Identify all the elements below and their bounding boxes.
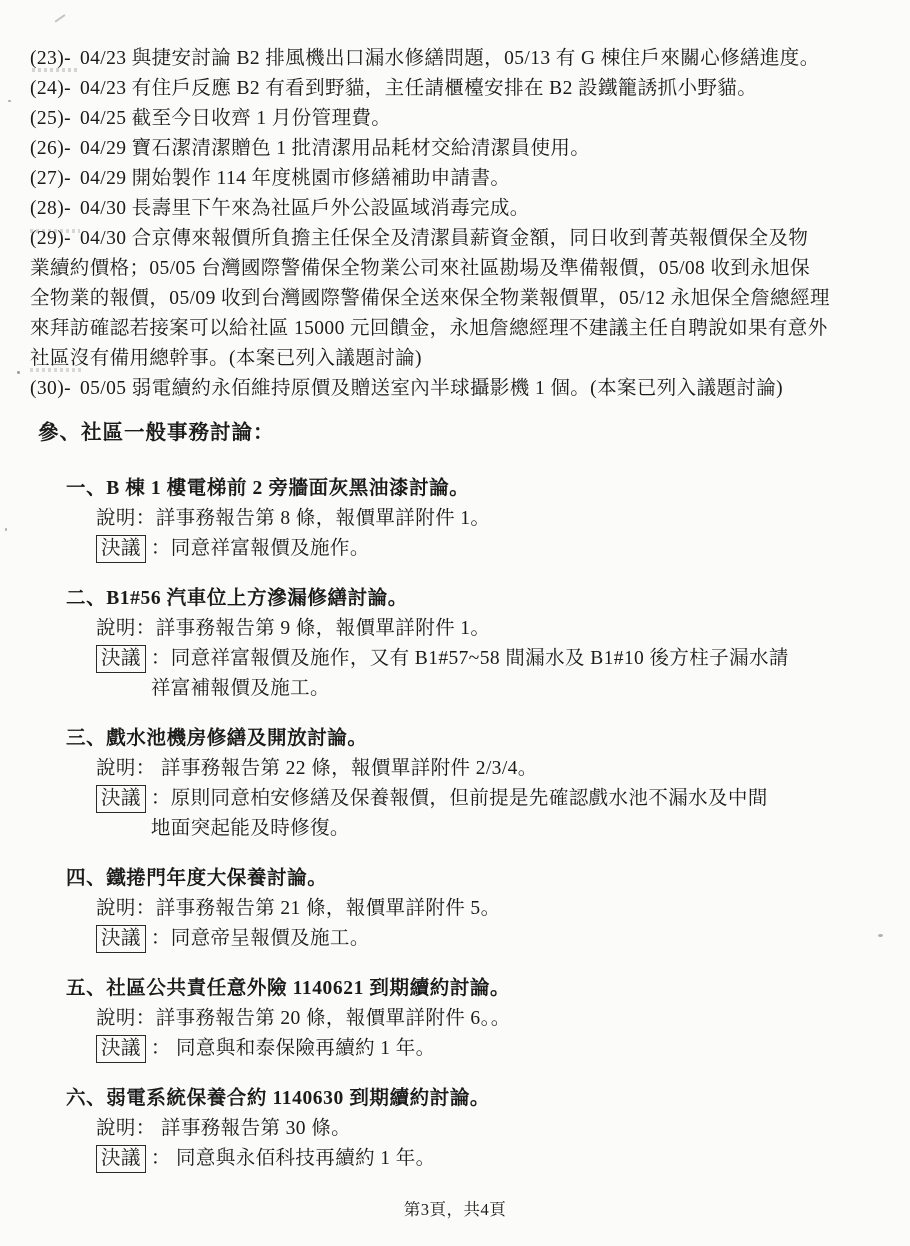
resolution-box-label: 決議 [96,645,146,673]
report-item-number: (25)- [30,108,71,129]
report-item: (28)-04/30 長壽里下午來為社區戶外公設區域消毒完成。 [30,194,862,224]
report-item-text: 05/05 弱電續約永佰維持原價及贈送室內半球攝影機 1 個。(本案已列入議題討… [80,378,783,399]
topic-resolution-line: 決議 ：同意祥富報價及施作。 [96,534,862,564]
topic-explanation: 說明： 詳事務報告第 30 條。 [96,1114,862,1144]
report-item-number: (30)- [30,378,71,399]
report-item: (24)-04/23 有住戶反應 B2 有看到野貓，主任請櫃檯安排在 B2 設鐵… [30,74,862,104]
topic-explanation: 說明：詳事務報告第 9 條，報價單詳附件 1。 [96,614,862,644]
discussion-topic: 四、鐵捲門年度大保養討論。 說明：詳事務報告第 21 條，報價單詳附件 5。 決… [66,864,862,954]
discussion-topic: 五、社區公共責任意外險 1140621 到期續約討論。 說明：詳事務報告第 20… [66,974,862,1064]
document-content: (23)-04/23 與捷安討論 B2 排風機出口漏水修繕問題，05/13 有 … [0,0,910,1194]
report-item-text: 04/23 有住戶反應 B2 有看到野貓，主任請櫃檯安排在 B2 設鐵籠誘抓小野… [80,78,757,99]
discussion-topic: 一、B 棟 1 樓電梯前 2 旁牆面灰黑油漆討論。 說明：詳事務報告第 8 條，… [66,474,862,564]
report-item-number: (26)- [30,138,71,159]
discussion-topic: 三、戲水池機房修繕及開放討論。 說明： 詳事務報告第 22 條，報價單詳附件 2… [66,724,862,844]
topic-resolution-line: 決議 ：同意祥富報價及施作，又有 B1#57~58 間漏水及 B1#10 後方柱… [96,644,862,704]
resolution-box-label: 決議 [96,535,146,563]
resolution-text: ：同意祥富報價及施作。 [151,534,862,564]
topic-explanation: 說明：詳事務報告第 8 條，報價單詳附件 1。 [96,504,862,534]
discussion-topic: 六、弱電系統保養合約 1140630 到期續約討論。 說明： 詳事務報告第 30… [66,1084,862,1174]
resolution-text: ：同意帝呈報價及施工。 [151,924,862,954]
resolution-text: ： 同意與和泰保險再續約 1 年。 [151,1034,862,1064]
report-item: (30)-05/05 弱電續約永佰維持原價及贈送室內半球攝影機 1 個。(本案已… [30,374,862,404]
report-item-number: (23)- [30,48,71,69]
topic-title: 四、鐵捲門年度大保養討論。 [66,864,862,894]
report-item-number: (27)- [30,168,71,189]
resolution-box-label: 決議 [96,785,146,813]
section-heading: 參、社區一般事務討論： [38,418,862,448]
report-item-text: 04/29 寶石潔清潔贈色 1 批清潔用品耗材交給清潔員使用。 [80,138,590,159]
report-item-number: (24)- [30,78,71,99]
topic-resolution-line: 決議 ： 同意與和泰保險再續約 1 年。 [96,1034,862,1064]
report-item-text: 04/23 與捷安討論 B2 排風機出口漏水修繕問題，05/13 有 G 棟住戶… [80,48,820,69]
report-item-text: 04/30 合京傳來報價所負擔主任保全及清潔員薪資金額，同日收到菁英報價保全及物… [30,228,830,369]
report-item-text: 04/29 開始製作 114 年度桃園市修繕補助申請書。 [80,168,510,189]
topic-explanation: 說明：詳事務報告第 20 條，報價單詳附件 6。。 [96,1004,862,1034]
discussion-topic: 二、B1#56 汽車位上方滲漏修繕討論。 說明：詳事務報告第 9 條，報價單詳附… [66,584,862,704]
topic-explanation: 說明： 詳事務報告第 22 條，報價單詳附件 2/3/4。 [96,754,862,784]
topic-resolution-line: 決議 ：同意帝呈報價及施工。 [96,924,862,954]
resolution-text: ：原則同意柏安修繕及保養報價，但前提是先確認戲水池不漏水及中間 地面突起能及時修… [151,784,862,844]
resolution-box-label: 決議 [96,1035,146,1063]
affairs-report-list: (23)-04/23 與捷安討論 B2 排風機出口漏水修繕問題，05/13 有 … [30,44,862,404]
topic-resolution-line: 決議 ：原則同意柏安修繕及保養報價，但前提是先確認戲水池不漏水及中間 地面突起能… [96,784,862,844]
resolution-text: ： 同意與永佰科技再續約 1 年。 [151,1144,862,1174]
report-item-number: (29)- [30,228,71,249]
report-item: (27)-04/29 開始製作 114 年度桃園市修繕補助申請書。 [30,164,862,194]
topic-title: 三、戲水池機房修繕及開放討論。 [66,724,862,754]
discussion-topics: 一、B 棟 1 樓電梯前 2 旁牆面灰黑油漆討論。 說明：詳事務報告第 8 條，… [30,474,862,1174]
topic-title: 六、弱電系統保養合約 1140630 到期續約討論。 [66,1084,862,1114]
resolution-box-label: 決議 [96,1145,146,1173]
topic-title: 五、社區公共責任意外險 1140621 到期續約討論。 [66,974,862,1004]
report-item: (29)-04/30 合京傳來報價所負擔主任保全及清潔員薪資金額，同日收到菁英報… [30,224,862,374]
report-item: (26)-04/29 寶石潔清潔贈色 1 批清潔用品耗材交給清潔員使用。 [30,134,862,164]
topic-title: 二、B1#56 汽車位上方滲漏修繕討論。 [66,584,862,614]
topic-title: 一、B 棟 1 樓電梯前 2 旁牆面灰黑油漆討論。 [66,474,862,504]
report-item-text: 04/30 長壽里下午來為社區戶外公設區域消毒完成。 [80,198,530,219]
resolution-text: ：同意祥富報價及施作，又有 B1#57~58 間漏水及 B1#10 後方柱子漏水… [151,644,862,704]
resolution-box-label: 決議 [96,925,146,953]
report-item-number: (28)- [30,198,71,219]
page-footer: 第3頁，共4頁 [0,1196,910,1220]
report-item-text: 04/25 截至今日收齊 1 月份管理費。 [80,108,391,129]
report-item: (25)-04/25 截至今日收齊 1 月份管理費。 [30,104,862,134]
topic-explanation: 說明：詳事務報告第 21 條，報價單詳附件 5。 [96,894,862,924]
topic-resolution-line: 決議 ： 同意與永佰科技再續約 1 年。 [96,1144,862,1174]
scanned-meeting-minutes-page: (23)-04/23 與捷安討論 B2 排風機出口漏水修繕問題，05/13 有 … [0,0,910,1246]
report-item: (23)-04/23 與捷安討論 B2 排風機出口漏水修繕問題，05/13 有 … [30,44,862,74]
